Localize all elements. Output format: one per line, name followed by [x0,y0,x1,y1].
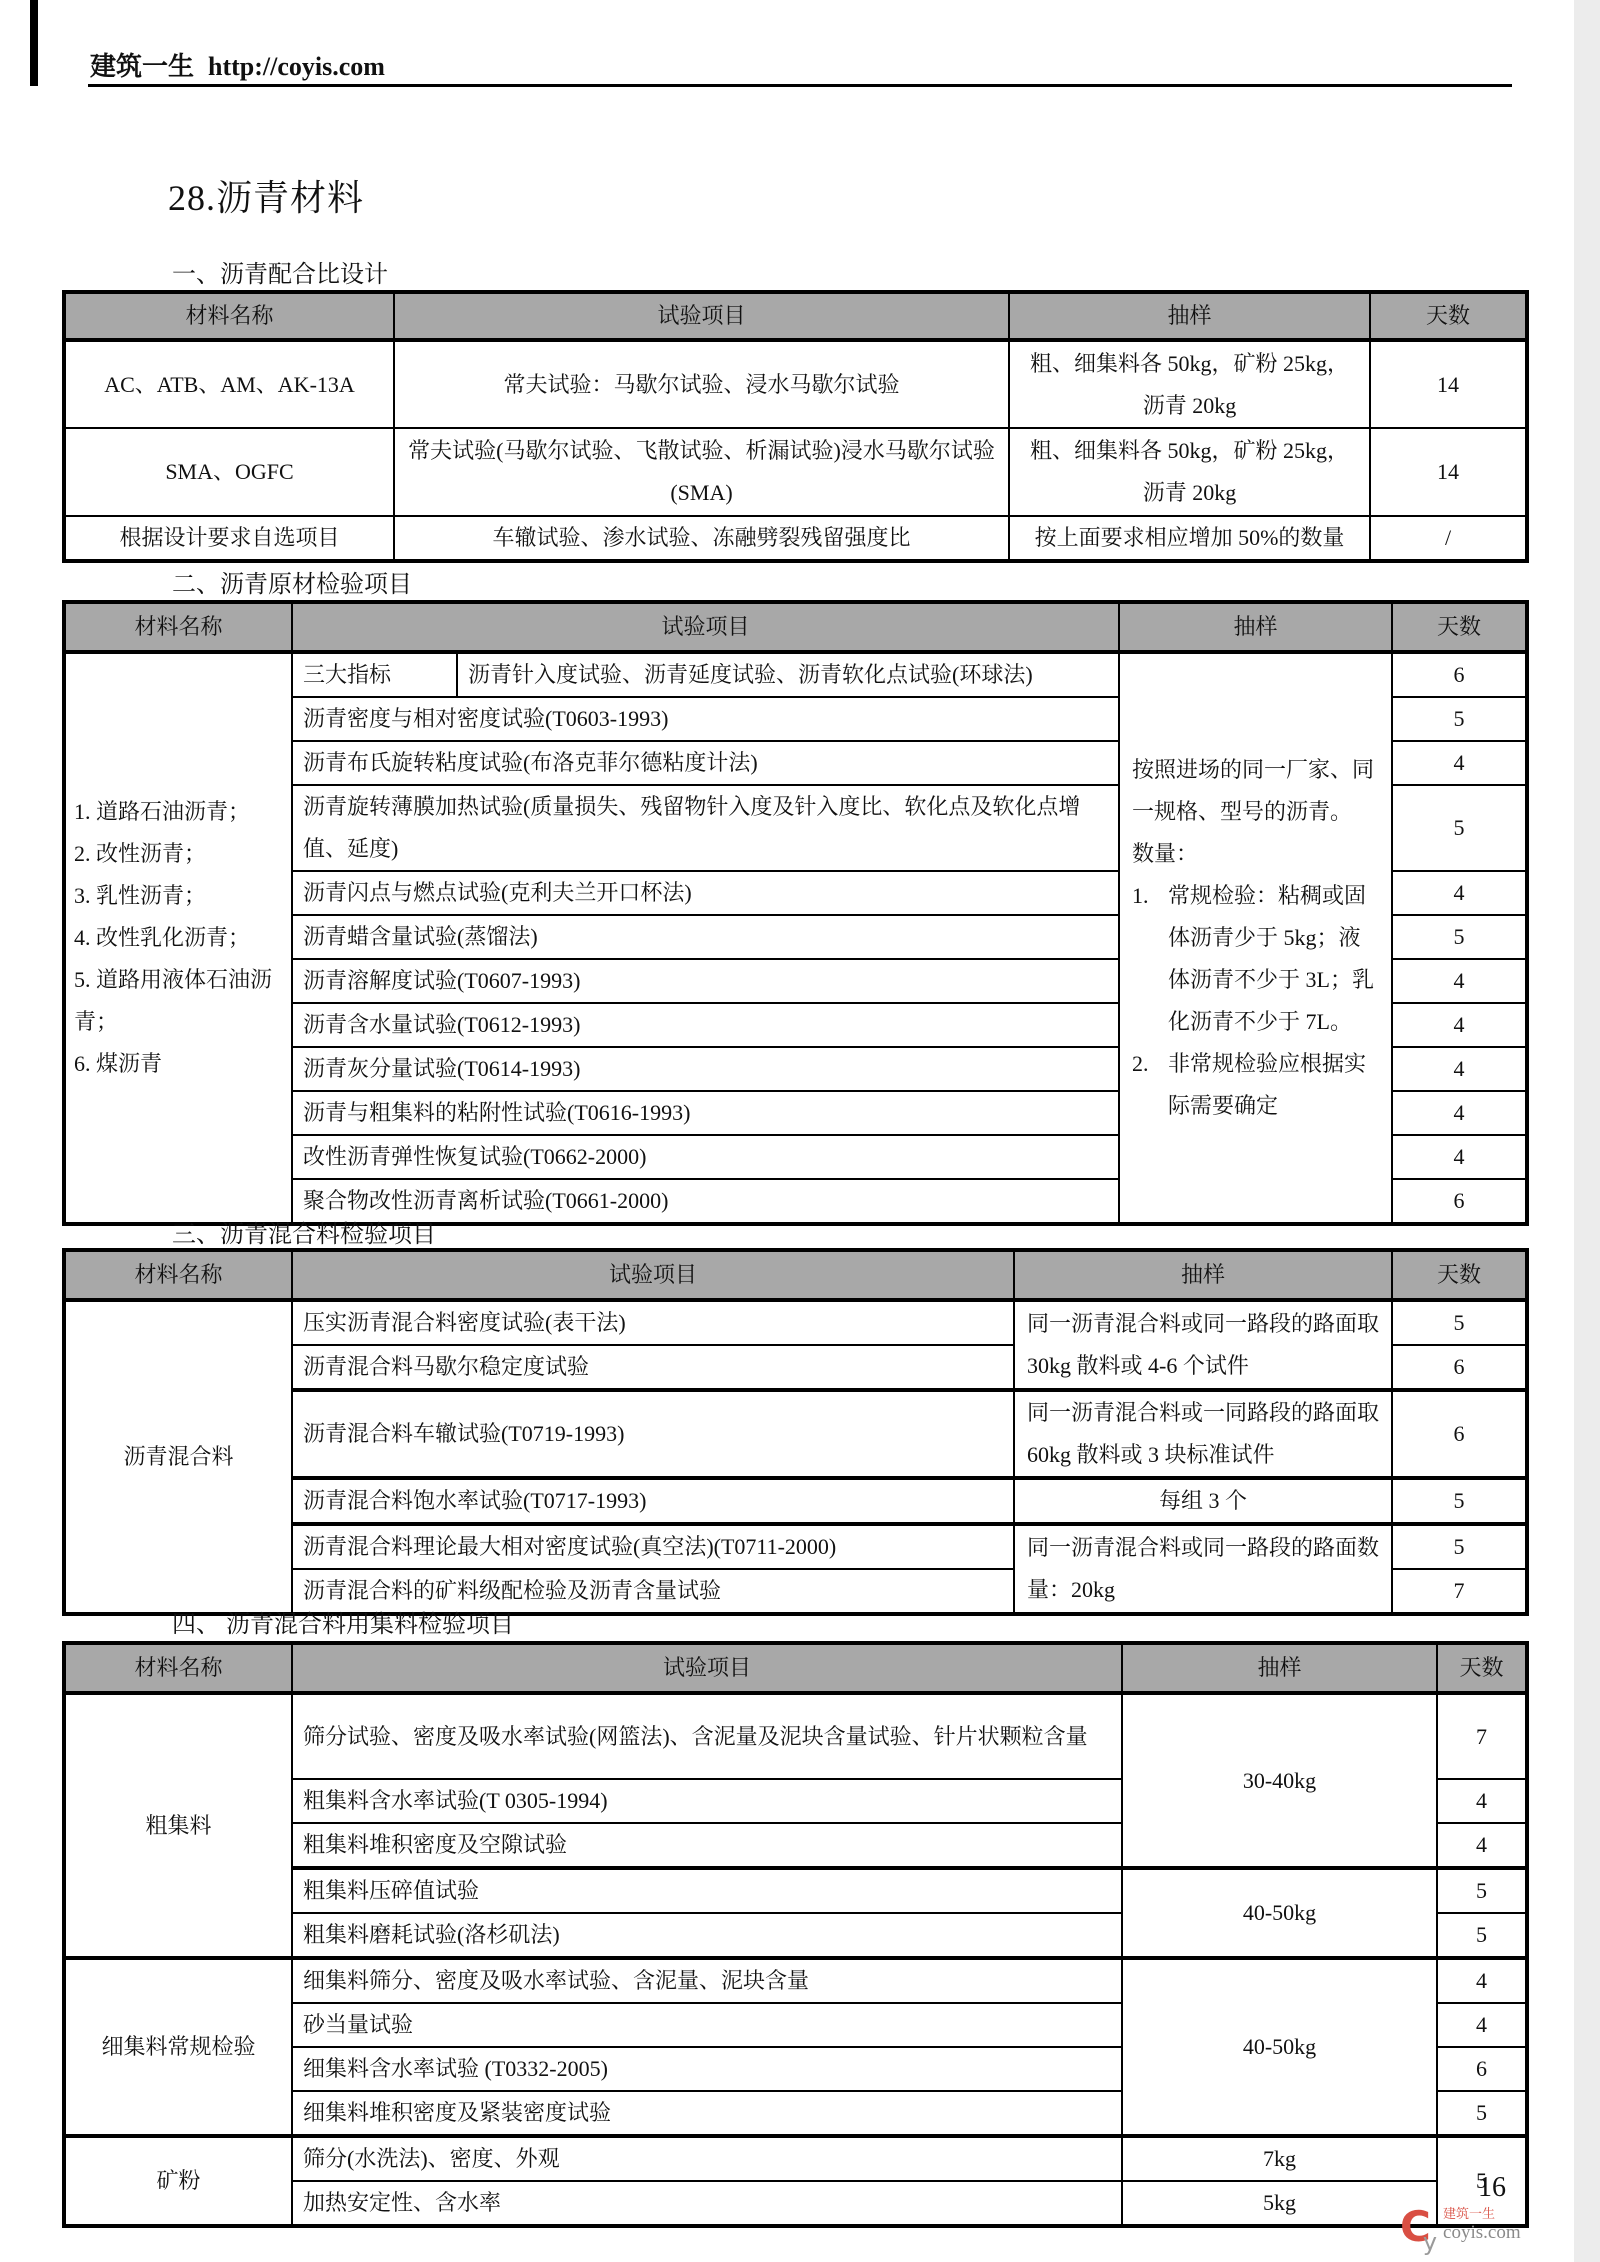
cell-sampling: 40-50kg [1122,1868,1437,1958]
col-header-material: 材料名称 [64,1643,292,1693]
cell-days: 5 [1392,785,1527,871]
table-row: 沥青混合料 压实沥青混合料密度试验(表干法) 同一沥青混合料或同一路段的路面取 … [64,1300,1527,1345]
cell-sampling: 按上面要求相应增加 50%的数量 [1009,516,1370,561]
cell-sampling: 每组 3 个 [1014,1478,1392,1524]
cell-test: 沥青混合料车辙试验(T0719-1993) [292,1390,1014,1478]
site-name: 建筑一生 [90,52,194,81]
cell-test: 常夫试验：马歇尔试验、浸水马歇尔试验 [394,340,1009,428]
table-header-row: 材料名称 试验项目 抽样 天数 [64,1643,1527,1693]
table-row: 细集料常规检验 细集料筛分、密度及吸水率试验、含泥量、泥块含量 40-50kg … [64,1958,1527,2003]
cell-sampling: 同一沥青混合料或一同路段的路面取 60kg 散料或 3 块标准试件 [1014,1390,1392,1478]
cell-sampling: 同一沥青混合料或同一路段的路面取 30kg 散料或 4-6 个试件 [1014,1300,1392,1390]
cell-days: 14 [1370,428,1527,516]
col-header-test: 试验项目 [394,292,1009,340]
item-number: 1. [1132,875,1168,1043]
cell-days: 7 [1437,1693,1527,1779]
cell-test: 沥青密度与相对密度试验(T0603-1993) [292,697,1119,741]
cell-days: 4 [1392,1135,1527,1179]
cell-sampling: 粗、细集料各 50kg，矿粉 25kg，沥青 20kg [1009,340,1370,428]
cell-test: 沥青混合料马歇尔稳定度试验 [292,1345,1014,1390]
cell-test: 沥青蜡含量试验(蒸馏法) [292,915,1119,959]
cell-days: 5 [1392,697,1527,741]
cell-days: 4 [1437,2003,1527,2047]
cell-test: 沥青混合料理论最大相对密度试验(真空法)(T0711-2000) [292,1524,1014,1569]
section-label-raw-material: 二、沥青原材检验项目 [172,564,412,599]
cell-sampling: 粗、细集料各 50kg，矿粉 25kg，沥青 20kg [1009,428,1370,516]
col-header-sampling: 抽样 [1122,1643,1437,1693]
col-header-test: 试验项目 [292,602,1119,652]
cell-days: 5 [1392,915,1527,959]
table-header-row: 材料名称 试验项目 抽样 天数 [64,602,1527,652]
watermark-site-name: 建筑一生 [1443,2206,1521,2222]
cell-days: 5 [1437,1913,1527,1958]
cell-test: 细集料堆积密度及紧装密度试验 [292,2091,1122,2136]
page-number: 16 [1478,2172,1506,2204]
col-header-sampling: 抽样 [1009,292,1370,340]
cell-test: 沥青旋转薄膜加热试验(质量损失、残留物针入度及针入度比、软化点及软化点增值、延度… [292,785,1119,871]
col-header-days: 天数 [1392,602,1527,652]
table-row: 矿粉 筛分(水洗法)、密度、外观 7kg 5 [64,2136,1527,2181]
sampling-intro: 按照进场的同一厂家、同一规格、型号的沥青。 数量： [1132,749,1379,875]
mix-design-table: 材料名称 试验项目 抽样 天数 AC、ATB、AM、AK-13A 常夫试验：马歇… [62,290,1529,563]
cell-test: 车辙试验、渗水试验、冻融劈裂残留强度比 [394,516,1009,561]
col-header-material: 材料名称 [64,1250,292,1300]
cell-sampling: 40-50kg [1122,1958,1437,2136]
item-number: 2. [1132,1043,1168,1127]
cell-test: 沥青闪点与燃点试验(克利夫兰开口杯法) [292,871,1119,915]
cell-days: 4 [1437,1958,1527,2003]
table-header-row: 材料名称 试验项目 抽样 天数 [64,292,1527,340]
cell-days: 4 [1437,1823,1527,1868]
col-header-test: 试验项目 [292,1250,1014,1300]
site-url: http://coyis.com [208,52,385,81]
cell-days: 7 [1392,1569,1527,1614]
scan-edge-shadow [1574,0,1600,2262]
cell-days: 5 [1392,1300,1527,1345]
cell-test: 沥青布氏旋转粘度试验(布洛克菲尔德粘度计法) [292,741,1119,785]
cell-days: 4 [1392,741,1527,785]
table-row: 粗集料 筛分试验、密度及吸水率试验(网篮法)、含泥量及泥块含量试验、针片状颗粒含… [64,1693,1527,1779]
aggregate-table: 材料名称 试验项目 抽样 天数 粗集料 筛分试验、密度及吸水率试验(网篮法)、含… [62,1641,1529,2228]
cell-days: 4 [1392,1091,1527,1135]
cell-days: 5 [1392,1524,1527,1569]
col-header-days: 天数 [1370,292,1527,340]
table-row: 根据设计要求自选项目 车辙试验、渗水试验、冻融劈裂残留强度比 按上面要求相应增加… [64,516,1527,561]
col-header-material: 材料名称 [64,292,394,340]
cell-days: 6 [1392,652,1527,697]
cell-days: 6 [1392,1390,1527,1478]
cell-test: 细集料含水率试验 (T0332-2005) [292,2047,1122,2091]
table-header-row: 材料名称 试验项目 抽样 天数 [64,1250,1527,1300]
mixture-table: 材料名称 试验项目 抽样 天数 沥青混合料 压实沥青混合料密度试验(表干法) 同… [62,1248,1529,1616]
page-title: 28.沥青材料 [168,170,364,221]
col-header-material: 材料名称 [64,602,292,652]
cell-sampling: 同一沥青混合料或同一路段的路面数量：20kg [1014,1524,1392,1614]
table-row: 1. 道路石油沥青； 2. 改性沥青； 3. 乳性沥青； 4. 改性乳化沥青； … [64,652,1527,697]
cell-days: 4 [1392,1003,1527,1047]
cell-test: 沥青溶解度试验(T0607-1993) [292,959,1119,1003]
cell-days: 5 [1437,2091,1527,2136]
col-header-days: 天数 [1392,1250,1527,1300]
cell-material: 根据设计要求自选项目 [64,516,394,561]
cell-days: 4 [1392,959,1527,1003]
cell-sampling: 5kg [1122,2181,1437,2226]
watermark-domain: coyis.com [1443,2222,1521,2244]
watermark-logo-icon-y: y [1423,2230,1437,2254]
table-row: AC、ATB、AM、AK-13A 常夫试验：马歇尔试验、浸水马歇尔试验 粗、细集… [64,340,1527,428]
item-text: 非常规检验应根据实际需要确定 [1168,1043,1379,1127]
cell-days: 6 [1392,1179,1527,1224]
cell-days: 4 [1392,871,1527,915]
item-text: 常规检验：粘稠或固体沥青少于 5kg；液体沥青不少于 3L；乳化沥青不少于 7L… [1168,875,1379,1043]
cell-material-powder: 矿粉 [64,2136,292,2226]
cell-test: 沥青与粗集料的粘附性试验(T0616-1993) [292,1091,1119,1135]
cell-days: 6 [1437,2047,1527,2091]
sampling-item-2: 2. 非常规检验应根据实际需要确定 [1132,1043,1379,1127]
cell-test: 常夫试验(马歇尔试验、飞散试验、析漏试验)浸水马歇尔试验(SMA) [394,428,1009,516]
header-rule [88,84,1512,87]
cell-sampling: 按照进场的同一厂家、同一规格、型号的沥青。 数量： 1. 常规检验：粘稠或固体沥… [1119,652,1392,1224]
cell-days: 4 [1392,1047,1527,1091]
table-row: SMA、OGFC 常夫试验(马歇尔试验、飞散试验、析漏试验)浸水马歇尔试验(SM… [64,428,1527,516]
cell-material-coarse: 粗集料 [64,1693,292,1958]
cell-material-list: 1. 道路石油沥青； 2. 改性沥青； 3. 乳性沥青； 4. 改性乳化沥青； … [64,652,292,1224]
col-header-sampling: 抽样 [1119,602,1392,652]
cell-test: 细集料筛分、密度及吸水率试验、含泥量、泥块含量 [292,1958,1122,2003]
sampling-item-1: 1. 常规检验：粘稠或固体沥青少于 5kg；液体沥青不少于 3L；乳化沥青不少于… [1132,875,1379,1043]
cell-test: 沥青混合料饱水率试验(T0717-1993) [292,1478,1014,1524]
cell-material-fine: 细集料常规检验 [64,1958,292,2136]
cell-test: 粗集料含水率试验(T 0305-1994) [292,1779,1122,1823]
cell-test: 沥青针入度试验、沥青延度试验、沥青软化点试验(环球法) [457,652,1119,697]
cell-test: 压实沥青混合料密度试验(表干法) [292,1300,1014,1345]
cell-days: / [1370,516,1527,561]
cell-days: 14 [1370,340,1527,428]
cell-material: AC、ATB、AM、AK-13A [64,340,394,428]
cell-test: 加热安定性、含水率 [292,2181,1122,2226]
col-header-days: 天数 [1437,1643,1527,1693]
cell-test: 筛分(水洗法)、密度、外观 [292,2136,1122,2181]
cell-test: 砂当量试验 [292,2003,1122,2047]
cell-material: 沥青混合料 [64,1300,292,1614]
cell-days: 5 [1437,1868,1527,1913]
watermark: C y 建筑一生 coyis.com [1400,2206,1521,2254]
cell-test: 沥青灰分量试验(T0614-1993) [292,1047,1119,1091]
col-header-test: 试验项目 [292,1643,1122,1693]
section-label-mixture: 三、沥青混合料检验项目 [172,1214,436,1249]
cell-days: 4 [1437,1779,1527,1823]
cell-test: 粗集料磨耗试验(洛杉矶法) [292,1913,1122,1958]
cell-test: 筛分试验、密度及吸水率试验(网篮法)、含泥量及泥块含量试验、针片状颗粒含量 [292,1693,1122,1779]
cell-test: 沥青含水量试验(T0612-1993) [292,1003,1119,1047]
cell-sampling: 30-40kg [1122,1693,1437,1868]
cell-material: SMA、OGFC [64,428,394,516]
cell-sampling: 7kg [1122,2136,1437,2181]
cell-days: 6 [1392,1345,1527,1390]
scan-artifact-bar [30,0,38,86]
section-label-mix-design: 一、沥青配合比设计 [172,254,388,289]
col-header-sampling: 抽样 [1014,1250,1392,1300]
raw-material-table: 材料名称 试验项目 抽样 天数 1. 道路石油沥青； 2. 改性沥青； 3. 乳… [62,600,1529,1226]
cell-days: 5 [1392,1478,1527,1524]
site-header: 建筑一生http://coyis.com [90,46,385,83]
section-label-aggregate: 四、 沥青混合料用集料检验项目 [172,1604,514,1639]
cell-test: 粗集料堆积密度及空隙试验 [292,1823,1122,1868]
cell-sub-label: 三大指标 [292,652,457,697]
cell-test: 改性沥青弹性恢复试验(T0662-2000) [292,1135,1119,1179]
cell-test: 粗集料压碎值试验 [292,1868,1122,1913]
